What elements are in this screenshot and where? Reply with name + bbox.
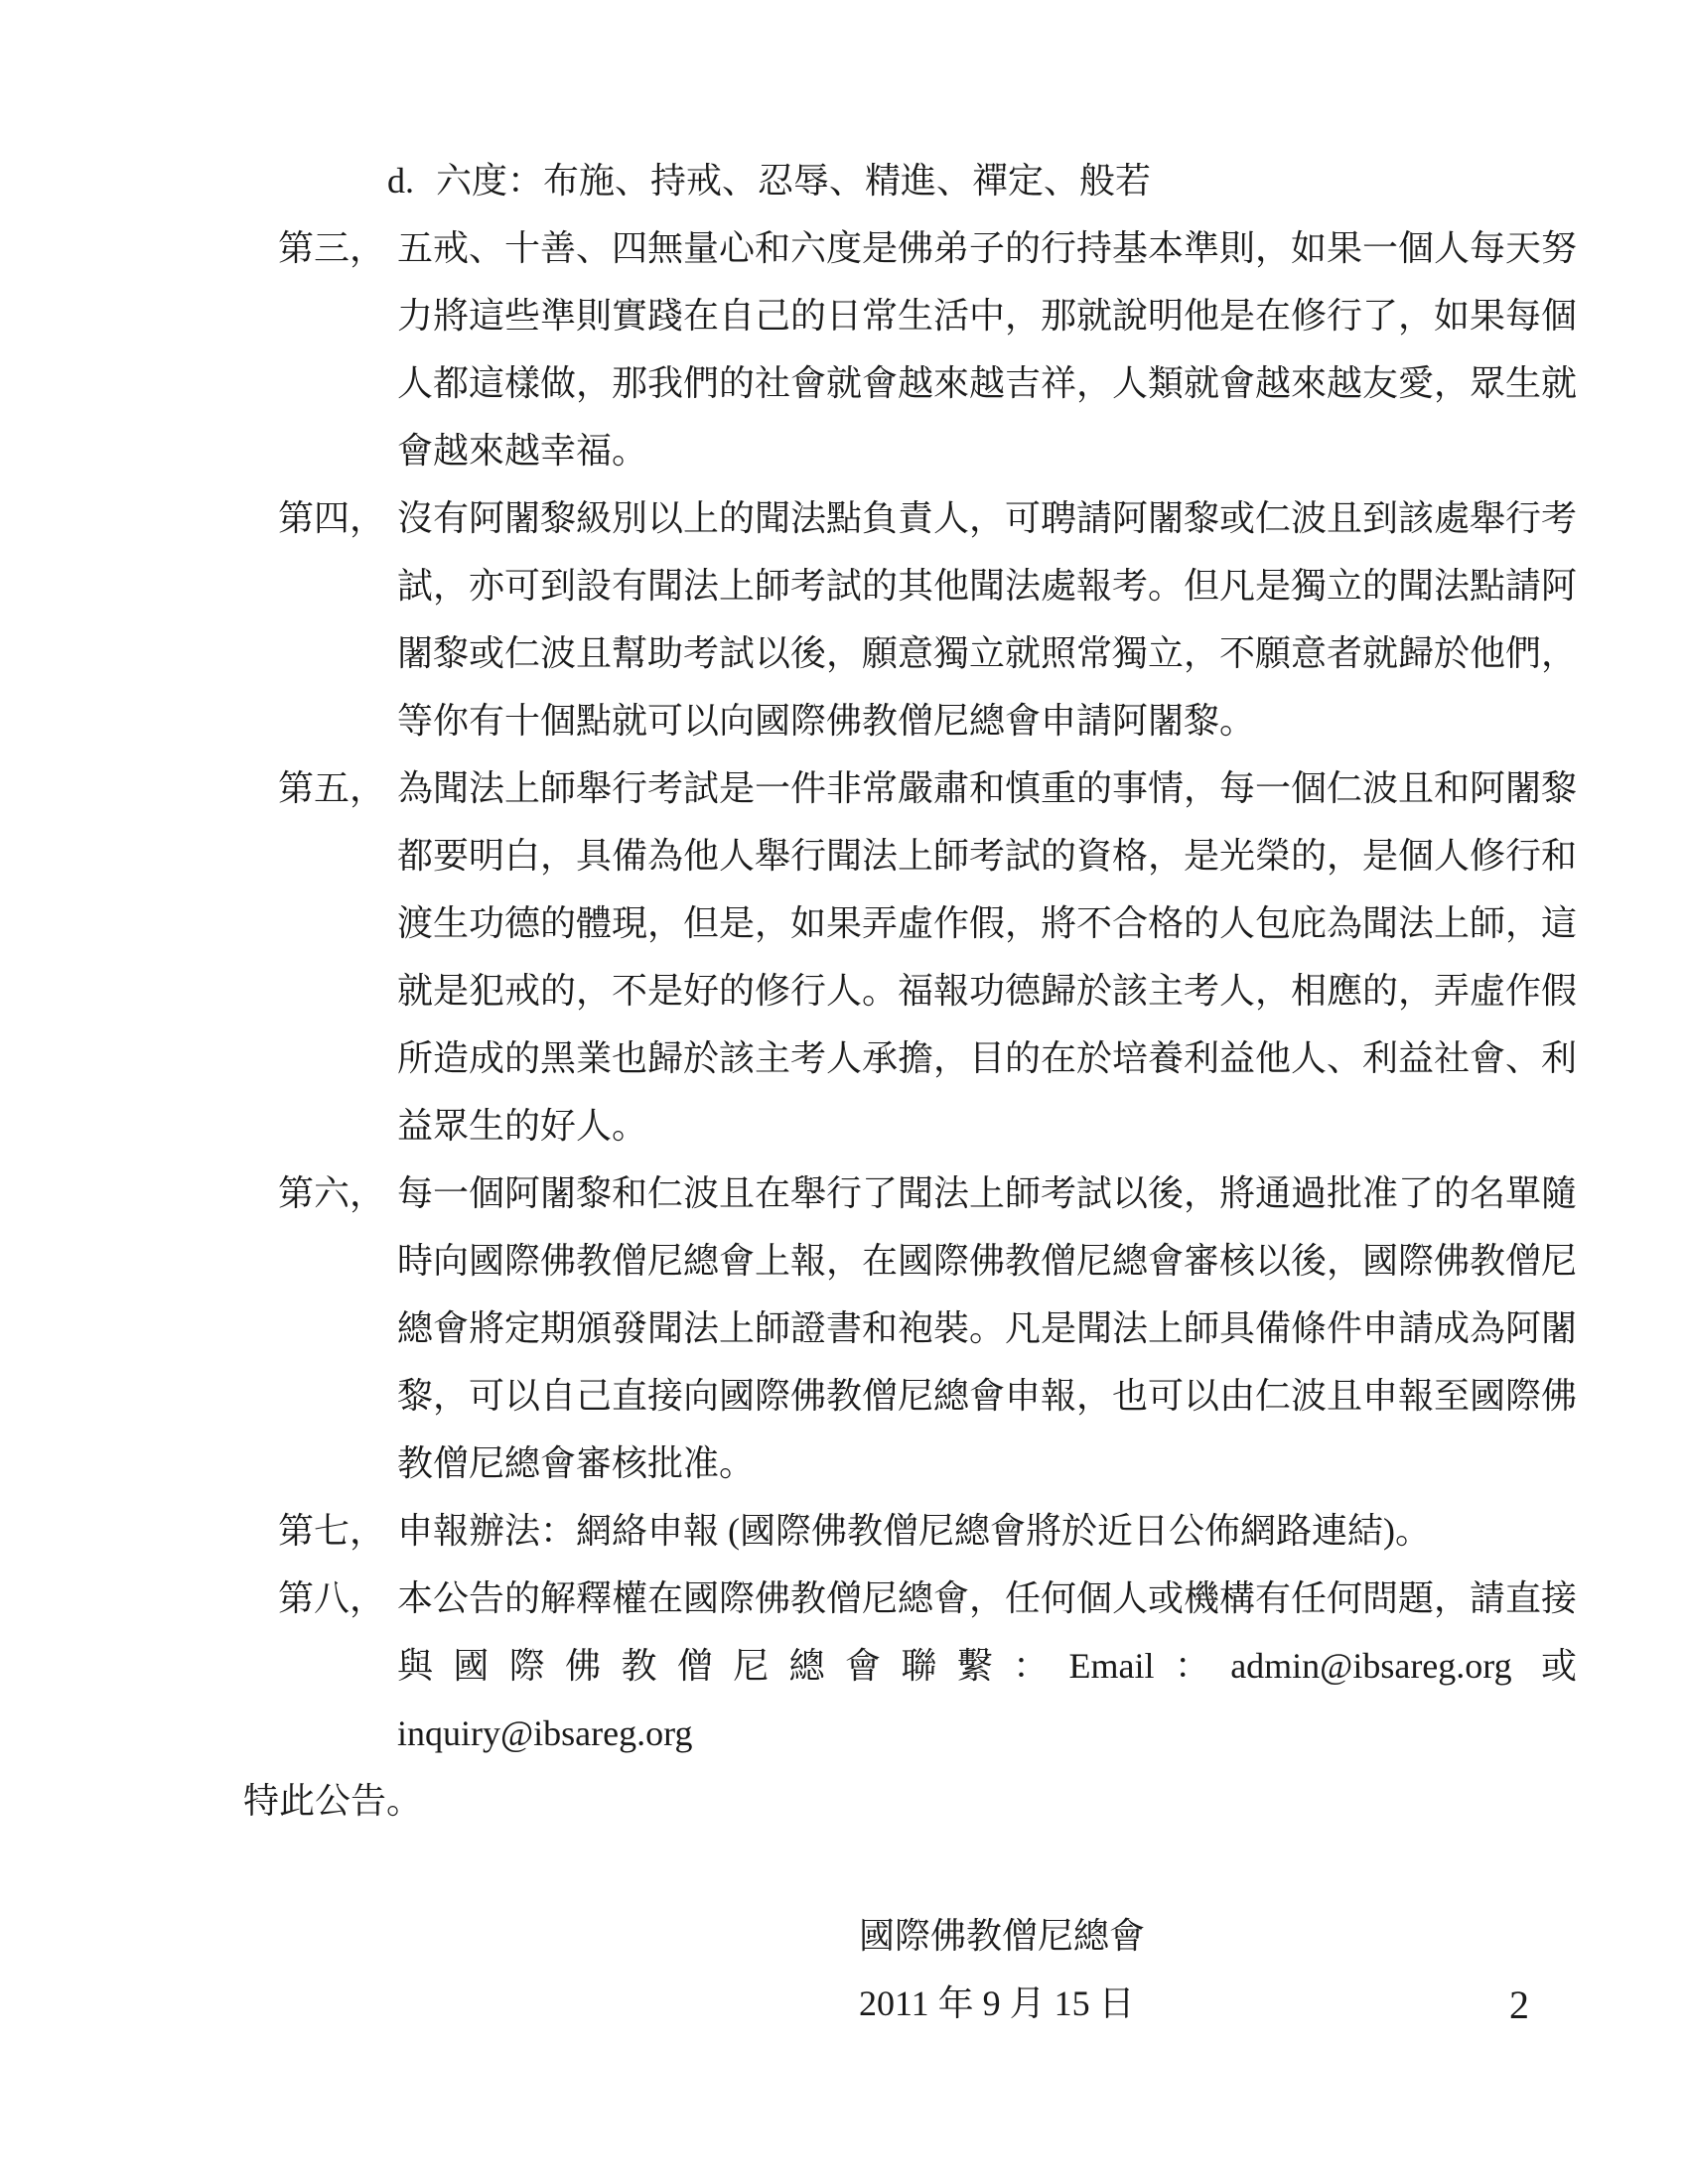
item-text: 沒有阿闍黎級別以上的聞法點負責人，可聘請阿闍黎或仁波且到該處舉行考試，亦可到設有… xyxy=(397,498,1577,741)
item-text: 本公告的解釋權在國際佛教僧尼總會，任何個人或機構有任何問題，請直接與國際佛教僧尼… xyxy=(397,1578,1577,1753)
list-subitem-d: d.六度：布施、持戒、忍辱、精進、禪定、般若 xyxy=(387,147,1577,214)
list-item-6: 第六， 每一個阿闍黎和仁波且在舉行了聞法上師考試以後，將通過批准了的名單隨時向國… xyxy=(278,1160,1577,1497)
page-number: 2 xyxy=(1509,1981,1529,2029)
list-item-7: 第七， 申報辦法：網絡申報 (國際佛教僧尼總會將於近日公佈網路連結)。 xyxy=(278,1497,1577,1565)
signature-date: 2011 年 9 月 15 日 xyxy=(859,1970,1577,2037)
document-page: d.六度：布施、持戒、忍辱、精進、禪定、般若 第三， 五戒、十善、四無量心和六度… xyxy=(0,0,1688,2184)
item-text: 五戒、十善、四無量心和六度是佛弟子的行持基本準則，如果一個人每天努力將這些準則實… xyxy=(397,228,1577,471)
item-text: 為聞法上師舉行考試是一件非常嚴肅和慎重的事情，每一個仁波且和阿闍黎都要明白，具備… xyxy=(397,768,1577,1146)
list-item-8: 第八， 本公告的解釋權在國際佛教僧尼總會，任何個人或機構有任何問題，請直接與國際… xyxy=(278,1565,1577,1767)
signature-block: 國際佛教僧尼總會 2011 年 9 月 15 日 xyxy=(859,1902,1577,2037)
item-marker: 第四， xyxy=(278,484,385,552)
item-text: 每一個阿闍黎和仁波且在舉行了聞法上師考試以後，將通過批准了的名單隨時向國際佛教僧… xyxy=(397,1173,1577,1483)
subitem-text: 六度：布施、持戒、忍辱、精進、禪定、般若 xyxy=(436,161,1151,201)
list-item-5: 第五， 為聞法上師舉行考試是一件非常嚴肅和慎重的事情，每一個仁波且和阿闍黎都要明… xyxy=(278,754,1577,1160)
subitem-marker: d. xyxy=(387,147,414,214)
item-text: 申報辦法：網絡申報 (國際佛教僧尼總會將於近日公佈網路連結)。 xyxy=(397,1511,1431,1551)
item-marker: 第八， xyxy=(278,1565,385,1632)
item-marker: 第六， xyxy=(278,1160,385,1227)
closing-statement: 特此公告。 xyxy=(243,1767,1577,1835)
list-item-4: 第四， 沒有阿闍黎級別以上的聞法點負責人，可聘請阿闍黎或仁波且到該處舉行考試，亦… xyxy=(278,484,1577,754)
list-item-3: 第三， 五戒、十善、四無量心和六度是佛弟子的行持基本準則，如果一個人每天努力將這… xyxy=(278,214,1577,484)
signature-organization: 國際佛教僧尼總會 xyxy=(859,1902,1577,1970)
item-marker: 第三， xyxy=(278,214,385,282)
document-body: d.六度：布施、持戒、忍辱、精進、禪定、般若 第三， 五戒、十善、四無量心和六度… xyxy=(278,147,1577,2037)
item-marker: 第五， xyxy=(278,754,385,822)
item-marker: 第七， xyxy=(278,1497,385,1565)
